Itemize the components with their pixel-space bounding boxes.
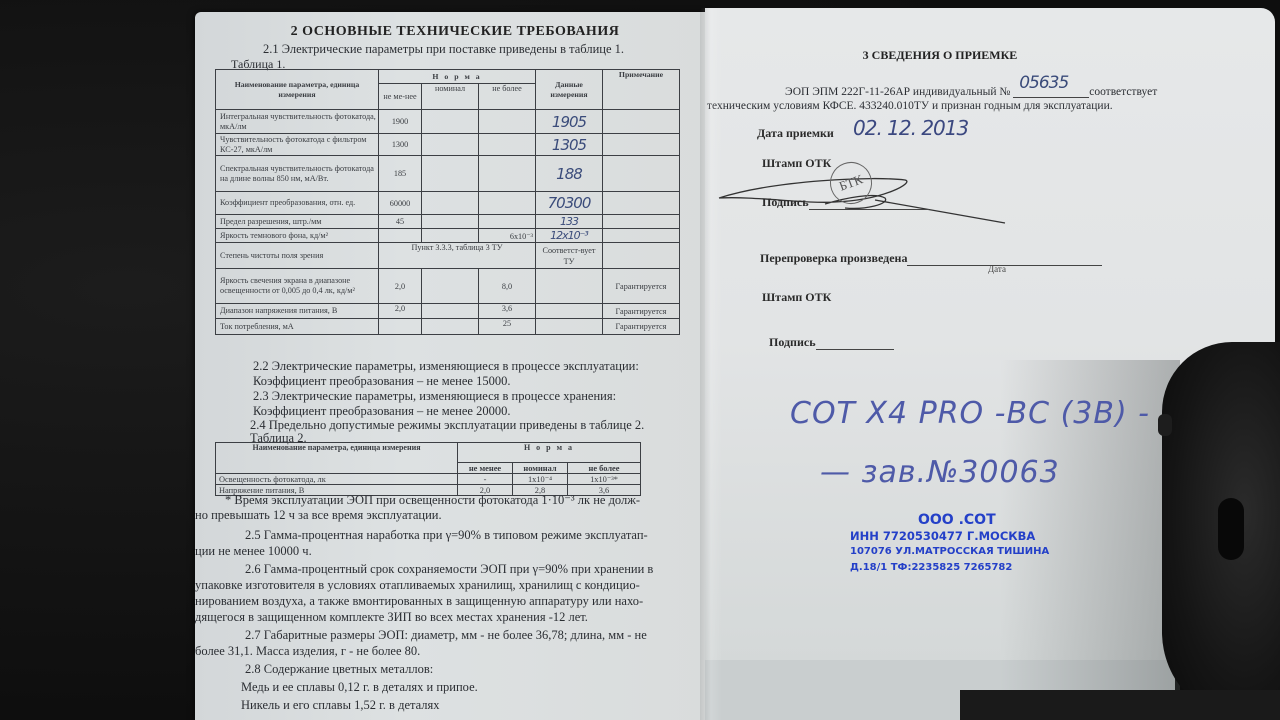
- t1-header-name: Наименование параметра, единица измерени…: [216, 70, 379, 110]
- section-title-3: 3 СВЕДЕНИЯ О ПРИЕМКЕ: [705, 48, 1175, 63]
- handwritten-measurement: 1905: [536, 110, 603, 134]
- paragraph-2-8-copper: Медь и ее сплавы 0,12 г. в деталях и при…: [241, 680, 478, 695]
- handwritten-model: COT X4 PRO -BC (3B) -: [790, 396, 1150, 431]
- recheck-label: Перепроверка произведена: [760, 250, 1102, 266]
- stamp-line-3: 107076 УЛ.МАТРОССКАЯ ТИШИНА: [850, 544, 1080, 560]
- paragraph-2-7: 2.7 Габаритные размеры ЭОП: диаметр, мм …: [245, 628, 647, 643]
- device-slot: [1218, 498, 1244, 560]
- section-title-2: 2 ОСНОВНЫЕ ТЕХНИЧЕСКИЕ ТРЕБОВАНИЯ: [195, 24, 715, 40]
- handwritten-measurement: 12x10⁻³: [536, 229, 603, 243]
- t2-header-max: не более: [568, 463, 641, 474]
- paragraph-2-6-cont1: упаковке изготовителя в условиях отаплив…: [195, 578, 640, 593]
- t1-header-nominal: номинал: [422, 84, 479, 110]
- left-page: 2 ОСНОВНЫЕ ТЕХНИЧЕСКИЕ ТРЕБОВАНИЯ 2.1 Эл…: [195, 12, 715, 720]
- handwritten-measurement: 70300: [536, 192, 603, 215]
- stamp-line-1: ООО .СОТ: [850, 512, 1080, 528]
- acceptance-date-handwritten: 02. 12. 2013: [853, 116, 968, 140]
- handwritten-serial: — зав.№30063: [820, 455, 1060, 490]
- t2-header-min: не менее: [458, 463, 513, 474]
- table-row: Яркость темнового фона, кд/м² 6x10⁻³ 12x…: [216, 229, 680, 243]
- paragraph-2-3-value: Коэффициент преобразования – не менее 20…: [253, 404, 510, 419]
- t2-header-norm: Н о р м а: [458, 443, 641, 463]
- paragraph-2-4: 2.4 Предельно допустимые режимы эксплуат…: [250, 418, 644, 433]
- acceptance-date-label: Дата приемки: [757, 126, 834, 141]
- table-row: Коэффициент преобразования, отн. ед. 600…: [216, 192, 680, 215]
- seller-stamp: ООО .СОТ ИНН 7720530477 Г.МОСКВА 107076 …: [850, 512, 1080, 576]
- t1-header-note: Примечание: [603, 70, 680, 110]
- device-nub: [1158, 414, 1172, 436]
- table-row: Ток потребления, мА 25 Гарантируется: [216, 319, 680, 335]
- paragraph-2-6-cont3: дящегося в защищенном комплекте ЗИП во в…: [195, 610, 588, 625]
- table-row: Чувствительность фотокатода с фильтром К…: [216, 134, 680, 156]
- paragraph-2-5: 2.5 Гамма-процентная наработка при γ=90%…: [245, 528, 648, 543]
- stamp-line-4: Д.18/1 ТФ:2235825 7265782: [850, 560, 1080, 576]
- device-base: [960, 690, 1280, 720]
- stamp-line-2: ИНН 7720530477 Г.МОСКВА: [850, 528, 1080, 544]
- t1-header-measured: Данные измерения: [536, 70, 603, 110]
- paragraph-2-7-cont: более 31,1. Масса изделия, г - не более …: [195, 644, 420, 659]
- table-row: Диапазон напряжения питания, В 2,0 3,6 Г…: [216, 304, 680, 319]
- paragraph-2-8-nickel: Никель и его сплавы 1,52 г. в деталях: [241, 698, 440, 713]
- paragraph-2-6-cont2: нированием воздуха, а также вмонтированн…: [195, 594, 643, 609]
- date-caption: Дата: [988, 264, 1006, 274]
- handwritten-measurement: 133: [536, 215, 603, 229]
- table-2: Наименование параметра, единица измерени…: [215, 442, 641, 496]
- paragraph-2-2-value: Коэффициент преобразования – не менее 15…: [253, 374, 510, 389]
- acceptance-line-2: техническим условиям КФСЕ. 433240.010ТУ …: [707, 100, 1113, 112]
- handwritten-measurement: 188: [536, 156, 603, 192]
- t1-header-max: не более: [479, 84, 536, 110]
- paragraph-2-1: 2.1 Электрические параметры при поставке…: [263, 42, 624, 57]
- table-row: Освещенность фотокатода, лк - 1x10⁻⁴ 1x1…: [216, 474, 641, 485]
- t1-header-norm: Н о р м а: [379, 70, 536, 84]
- table-row: Предел разрешения, штр./мм 45 133: [216, 215, 680, 229]
- serial-handwritten: 05635: [1019, 73, 1068, 93]
- table-row: Яркость свечения экрана в диапазоне осве…: [216, 269, 680, 304]
- paragraph-2-6: 2.6 Гамма-процентный срок сохраняемости …: [245, 562, 653, 577]
- serial-number-field: 05635: [1013, 85, 1089, 98]
- table-1: Наименование параметра, единица измерени…: [215, 69, 680, 335]
- signature-label-2: Подпись: [769, 334, 894, 350]
- footnote: * Время эксплуатации ЭОП при освещенност…: [225, 492, 640, 508]
- table-row: Степень чистоты поля зрения Пункт 3.3.3,…: [216, 243, 680, 269]
- table-row: Интегральная чувствительность фотокатода…: [216, 110, 680, 134]
- acceptance-line-1: ЭОП ЭПМ 222Г-11-26АР индивидуальный № 05…: [785, 85, 1157, 98]
- t1-header-min: не ме-нее: [379, 84, 422, 110]
- otk-stamp-label-2: Штамп ОТК: [762, 290, 831, 305]
- paragraph-2-3: 2.3 Электрические параметры, изменяющиес…: [253, 389, 616, 404]
- handwritten-measurement: 1305: [536, 134, 603, 156]
- paragraph-2-5-cont: ции не менее 10000 ч.: [195, 544, 312, 559]
- footnote-cont: но превышать 12 ч за все время эксплуата…: [195, 508, 442, 523]
- paragraph-2-8: 2.8 Содержание цветных металлов:: [245, 662, 433, 677]
- table-row: Спектральная чувствительность фотокатода…: [216, 156, 680, 192]
- paragraph-2-2: 2.2 Электрические параметры, изменяющиес…: [253, 359, 639, 374]
- t2-header-nominal: номинал: [513, 463, 568, 474]
- page-fold: [700, 8, 722, 720]
- t2-header-name: Наименование параметра, единица измерени…: [216, 443, 458, 474]
